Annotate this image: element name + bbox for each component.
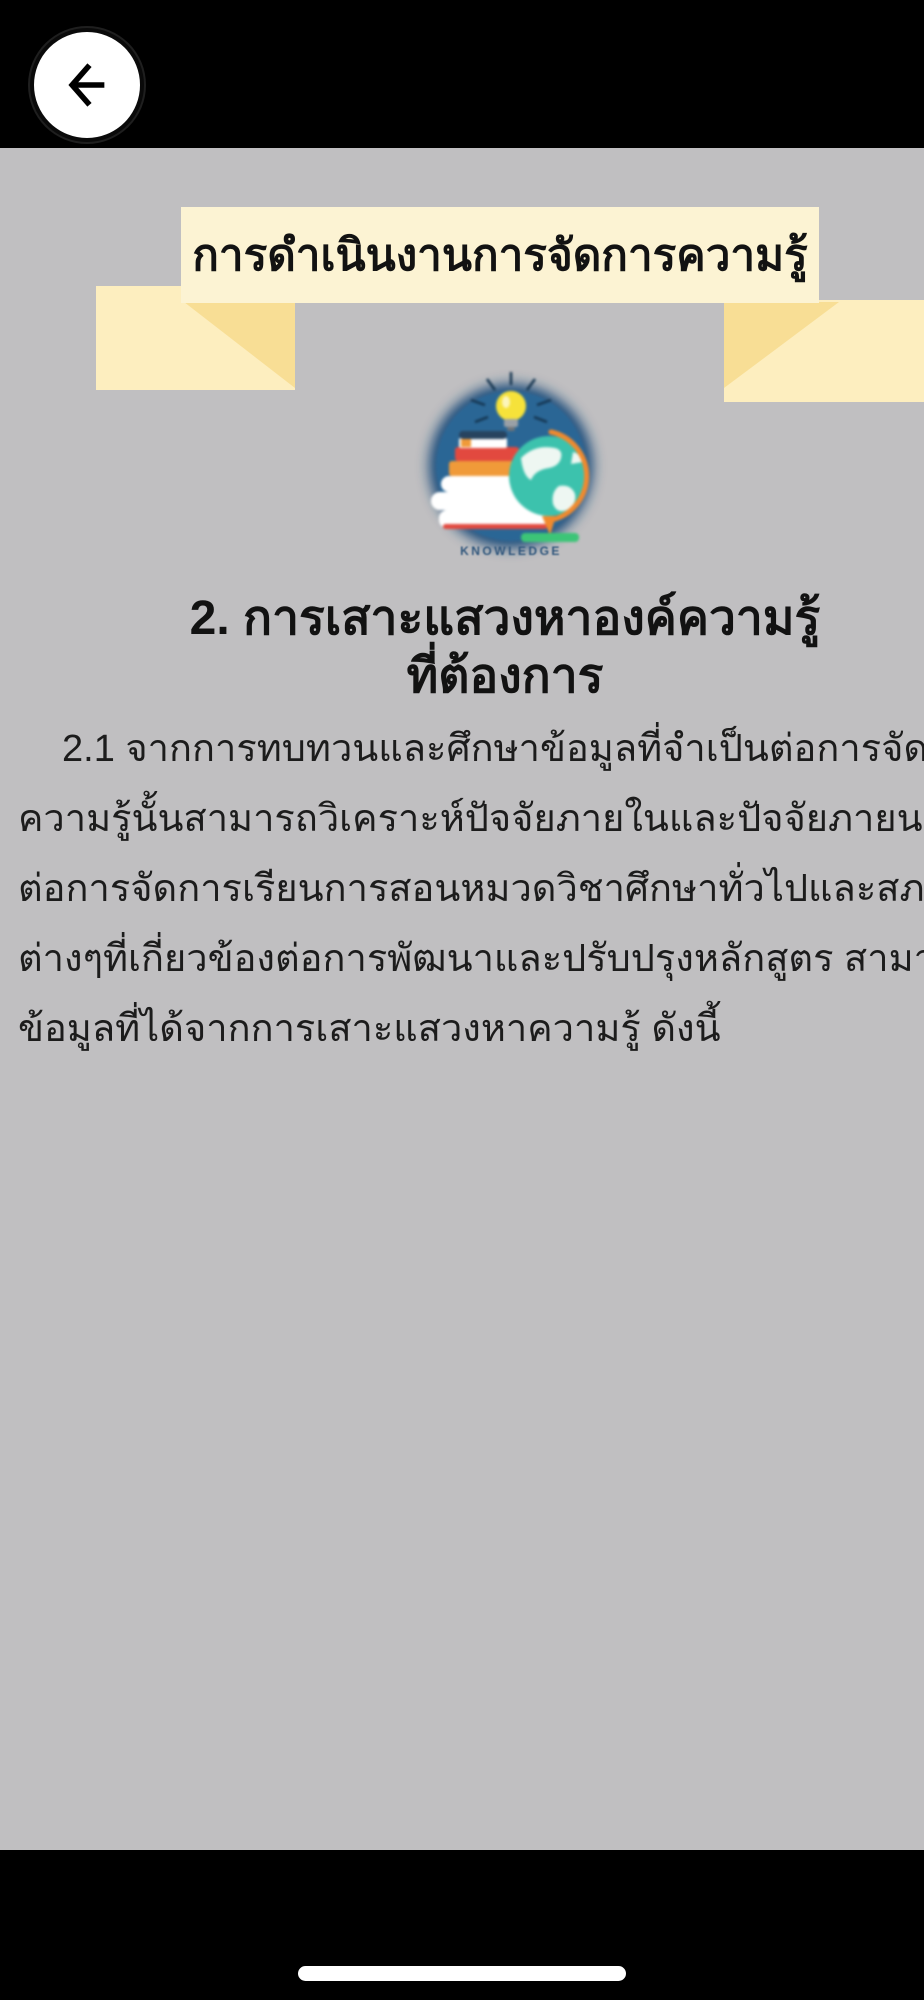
slide-page: การดำเนินงานการจัดการความรู้	[0, 148, 924, 1850]
paragraph-line: ความรู้นั้นสามารถวิเคราะห์ปัจจัยภายในและ…	[18, 784, 924, 854]
paragraph-line: ต่อการจัดการเรียนการสอนหมวดวิชาศึกษาทั่ว…	[18, 854, 924, 924]
knowledge-label: KNOWLEDGE	[401, 544, 621, 558]
back-button[interactable]	[30, 28, 144, 142]
top-bar	[0, 0, 924, 148]
bottom-bar	[0, 1850, 924, 2000]
home-indicator[interactable]	[298, 1966, 626, 1981]
section-heading-line2: ที่ต้องการ	[0, 648, 924, 706]
section-heading: 2. การเสาะแสวงหาองค์ความรู้ ที่ต้องการ	[0, 590, 924, 706]
banner-box: การดำเนินงานการจัดการความรู้	[181, 207, 819, 303]
paragraph-line: 2.1 จากการทบทวนและศึกษาข้อมูลที่จำเป็นต่…	[18, 714, 924, 784]
arrow-left-icon	[56, 54, 118, 116]
paragraph-line: ข้อมูลที่ได้จากการเสาะแสวงหาความรู้ ดังน…	[18, 994, 924, 1064]
banner-title: การดำเนินงานการจัดการความรู้	[192, 220, 808, 290]
body-paragraph: 2.1 จากการทบทวนและศึกษาข้อมูลที่จำเป็นต่…	[18, 714, 924, 1064]
section-heading-line1: 2. การเสาะแสวงหาองค์ความรู้	[0, 590, 924, 648]
app-screen: การดำเนินงานการจัดการความรู้	[0, 0, 924, 2000]
bulb-icon	[496, 391, 526, 421]
paragraph-line: ต่างๆที่เกี่ยวข้องต่อการพัฒนาและปรับปรุง…	[18, 924, 924, 994]
